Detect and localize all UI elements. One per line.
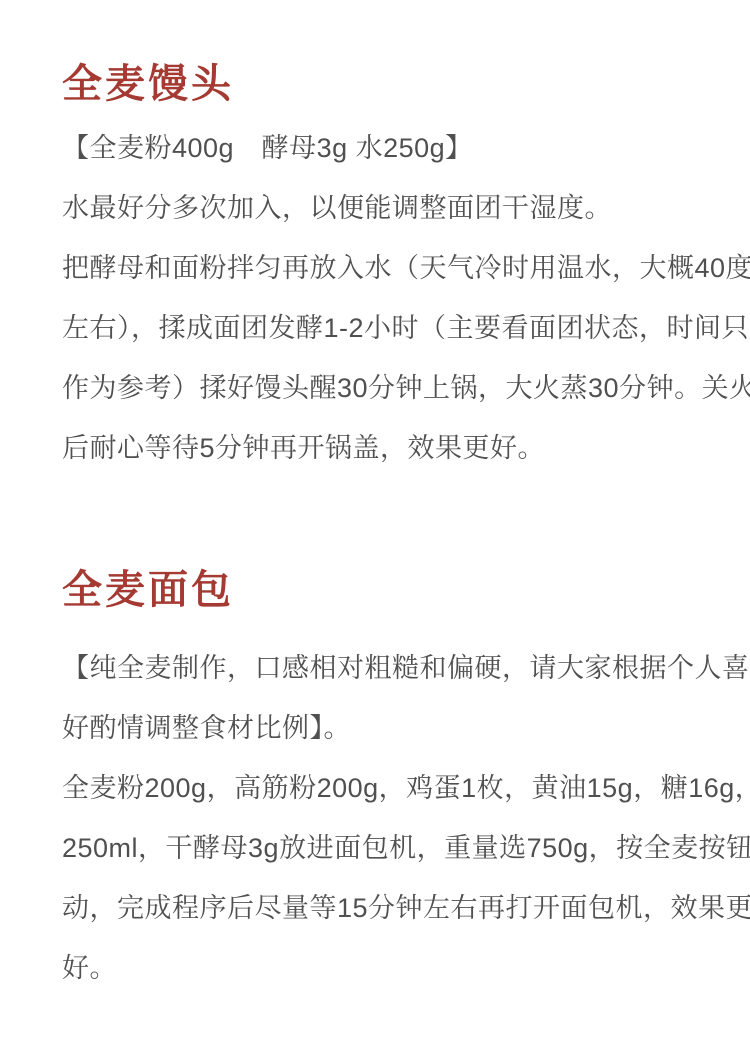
recipe-body-bread: 【纯全麦制作，口感相对粗糙和偏硬，请大家根据个人喜 好酌情调整食材比例】。 全麦… [62, 638, 750, 998]
recipe-line: 作为参考）揉好馒头醒30分钟上锅，大火蒸30分钟。关火 [62, 358, 750, 418]
recipe-line-note: 好酌情调整食材比例】。 [62, 698, 750, 758]
recipe-line: 水最好分多次加入，以便能调整面团干湿度。 [62, 178, 750, 238]
recipe-line: 把酵母和面粉拌匀再放入水（天气冷时用温水，大概40度 [62, 238, 750, 298]
recipe-line-note: 【纯全麦制作，口感相对粗糙和偏硬，请大家根据个人喜 [62, 638, 750, 698]
recipe-line-ingredients: 【全麦粉400g 酵母3g 水250g】 [62, 118, 750, 178]
recipe-body-mantou: 【全麦粉400g 酵母3g 水250g】 水最好分多次加入，以便能调整面团干湿度… [62, 118, 750, 478]
recipe-title-bread: 全麦面包 [62, 558, 234, 615]
recipe-line: 左右），揉成面团发酵1-2小时（主要看面团状态，时间只 [62, 298, 750, 358]
recipe-title-mantou: 全麦馒头 [62, 52, 234, 109]
recipe-line: 后耐心等待5分钟再开锅盖，效果更好。 [62, 418, 750, 478]
recipe-line: 全麦粉200g，高筋粉200g，鸡蛋1枚，黄油15g，糖16g，奶 [62, 758, 750, 818]
recipe-line: 动，完成程序后尽量等15分钟左右再打开面包机，效果更 [62, 878, 750, 938]
recipe-line: 好。 [62, 938, 750, 998]
recipe-line: 250ml，干酵母3g放进面包机，重量选750g，按全麦按钮启 [62, 818, 750, 878]
